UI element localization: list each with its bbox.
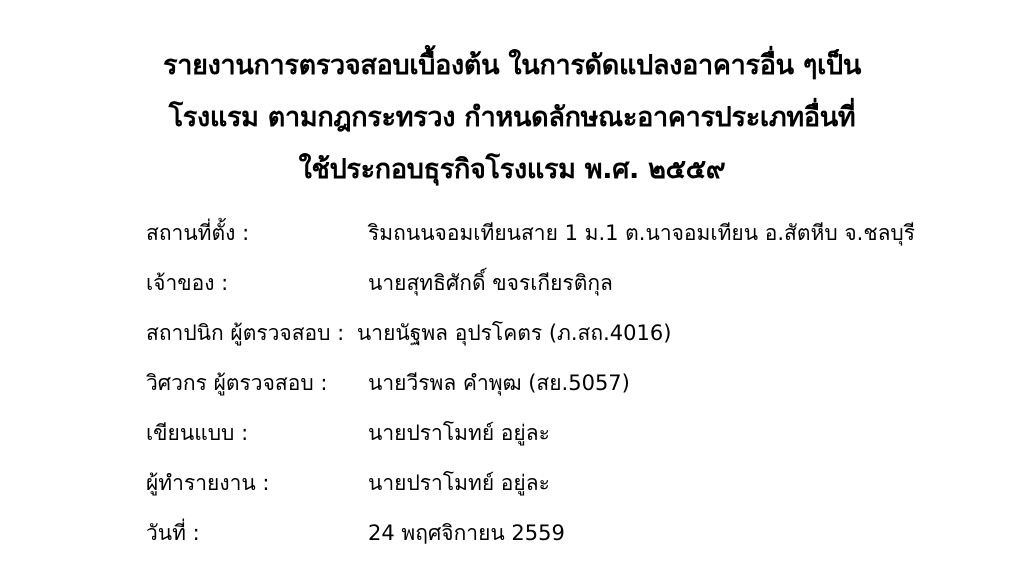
title-line-3: ใช้ประกอบธุรกิจโรงแรม พ.ศ. ๒๕๕๙: [0, 144, 1024, 196]
field-label: เขียนแบบ :: [146, 413, 248, 453]
title-line-2: โรงแรม ตามกฎกระทรวง กำหนดลักษณะอาคารประเ…: [0, 92, 1024, 144]
field-value: 24 พฤศจิกายน 2559: [368, 513, 565, 553]
title-line-1: รายงานการตรวจสอบเบื้องต้น ในการดัดแปลงอา…: [0, 40, 1024, 92]
report-title: รายงานการตรวจสอบเบื้องต้น ในการดัดแปลงอา…: [0, 40, 1024, 196]
field-label: วิศวกร ผู้ตรวจสอบ :: [146, 363, 327, 403]
field-value: นายสุทธิศักดิ์ ขจรเกียรติกุล: [368, 263, 613, 303]
field-value: นายปราโมทย์ อยู่ละ: [368, 413, 550, 453]
field-owner: เจ้าของ : นายสุทธิศักดิ์ ขจรเกียรติกุล: [146, 263, 671, 313]
field-engineer: วิศวกร ผู้ตรวจสอบ : นายวีรพล คำพุฒ (สย.5…: [146, 363, 671, 413]
field-reporter: ผู้ทำรายงาน : นายปราโมทย์ อยู่ละ: [146, 463, 671, 513]
field-label: ผู้ทำรายงาน :: [146, 463, 269, 503]
field-value: นายปราโมทย์ อยู่ละ: [368, 463, 550, 503]
field-value: นายนัฐพล อุปรโคตร (ภ.สถ.4016): [357, 321, 671, 345]
field-label: เจ้าของ :: [146, 263, 228, 303]
field-drafter: เขียนแบบ : นายปราโมทย์ อยู่ละ: [146, 413, 671, 463]
field-value: ริมถนนจอมเทียนสาย 1 ม.1 ต.นาจอมเทียน อ.ส…: [368, 213, 915, 253]
document-page: รายงานการตรวจสอบเบื้องต้น ในการดัดแปลงอา…: [0, 0, 1024, 575]
field-label: สถาปนิก ผู้ตรวจสอบ :: [146, 321, 344, 345]
field-value: นายวีรพล คำพุฒ (สย.5057): [368, 363, 630, 403]
field-label: สถานที่ตั้ง :: [146, 213, 249, 253]
field-date: วันที่ : 24 พฤศจิกายน 2559: [146, 513, 671, 563]
field-location: สถานที่ตั้ง : ริมถนนจอมเทียนสาย 1 ม.1 ต.…: [146, 213, 671, 263]
field-label: วันที่ :: [146, 513, 200, 553]
field-architect: สถาปนิก ผู้ตรวจสอบ : นายนัฐพล อุปรโคตร (…: [146, 313, 671, 363]
report-details: สถานที่ตั้ง : ริมถนนจอมเทียนสาย 1 ม.1 ต.…: [146, 213, 671, 563]
